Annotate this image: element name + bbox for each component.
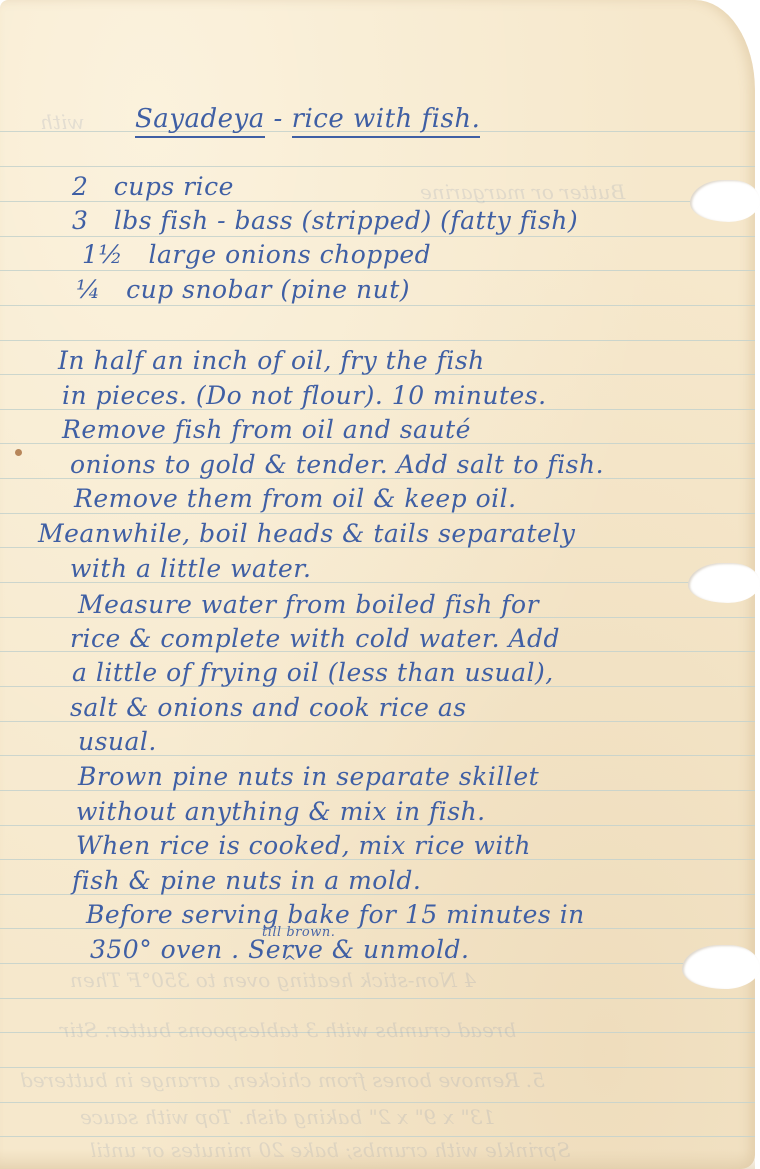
rule-line xyxy=(0,166,755,167)
instruction-line: Measure water from boiled fish for xyxy=(78,590,539,619)
dish-subtitle: rice with fish. xyxy=(292,104,481,138)
instruction-line: in pieces. (Do not flour). 10 minutes. xyxy=(62,381,547,410)
instruction-line: fish & pine nuts in a mold. xyxy=(72,866,421,895)
ingredient-text: cups rice xyxy=(114,172,234,201)
title-separator: - xyxy=(274,104,283,134)
bleed-through-text: Butter or margarine xyxy=(420,180,625,204)
instruction-line: Before serving bake for 15 minutes in xyxy=(86,900,585,929)
stain-spot xyxy=(15,449,22,456)
ingredient-qty: 2 xyxy=(72,172,88,201)
rule-line xyxy=(0,1136,755,1137)
ingredient-item: ¼ cup snobar (pine nut) xyxy=(76,275,410,304)
instruction-line: In half an inch of oil, fry the fish xyxy=(58,346,485,375)
rule-line xyxy=(0,236,755,237)
ingredient-qty: 1½ xyxy=(82,240,123,269)
instruction-line: Meanwhile, boil heads & tails separately xyxy=(38,519,575,548)
rule-line xyxy=(0,998,755,999)
instruction-line: Remove fish from oil and sauté xyxy=(62,415,471,444)
ingredient-qty: 3 xyxy=(72,206,88,235)
rule-line xyxy=(0,305,755,306)
instruction-line: When rice is cooked, mix rice with xyxy=(76,831,531,860)
ingredient-item: 2 cups rice xyxy=(72,172,234,201)
bleed-through-text: 13" x 9" x 2" baking dish. Top with sauc… xyxy=(80,1105,495,1129)
instruction-line: usual. xyxy=(78,727,157,756)
instruction-line: Brown pine nuts in separate skillet xyxy=(78,762,539,791)
instruction-line: a little of frying oil (less than usual)… xyxy=(72,658,554,687)
instruction-line: onions to gold & tender. Add salt to fis… xyxy=(70,450,604,479)
worn-bottom-edge xyxy=(0,1149,755,1169)
rule-line xyxy=(0,201,755,202)
instruction-line: salt & onions and cook rice as xyxy=(70,693,467,722)
recipe-title: Sayadeya - rice with fish. xyxy=(135,104,480,134)
bleed-through-text: bread crumbs with 3 tablespoons butter. … xyxy=(60,1018,516,1042)
instruction-line: rice & complete with cold water. Add xyxy=(70,624,560,653)
rule-line xyxy=(0,340,755,341)
ingredient-qty: ¼ xyxy=(76,275,101,304)
instruction-line: with a little water. xyxy=(70,554,311,583)
rule-line xyxy=(0,513,755,514)
dish-name: Sayadeya xyxy=(135,104,265,138)
instruction-line: Remove them from oil & keep oil. xyxy=(74,484,517,513)
rule-line xyxy=(0,1102,755,1103)
ingredient-text: lbs fish - bass (stripped) (fatty fish) xyxy=(114,206,578,235)
ingredient-text: cup snobar (pine nut) xyxy=(126,275,410,304)
interlinear-insert: till brown. xyxy=(262,925,335,940)
instruction-line: without anything & mix in fish. xyxy=(76,797,486,826)
insert-caret: ^ xyxy=(283,952,297,971)
rule-line xyxy=(0,270,755,271)
ingredient-item: 3 lbs fish - bass (stripped) (fatty fish… xyxy=(72,206,578,235)
bleed-through-text: 4 Non-stick heating oven to 350°F Then xyxy=(70,968,476,992)
notebook-page: with Butter or margarine 4 Non-stick hea… xyxy=(0,0,755,1169)
bleed-through-text: with xyxy=(40,110,84,134)
ingredient-item: 1½ large onions chopped xyxy=(82,240,431,269)
ingredient-text: large onions chopped xyxy=(148,240,431,269)
binder-hole-bottom xyxy=(682,945,760,989)
binder-hole-top xyxy=(690,180,760,222)
binder-hole-middle xyxy=(688,563,760,603)
bleed-through-text: 5. Remove bones from chicken, arrange in… xyxy=(20,1068,545,1092)
